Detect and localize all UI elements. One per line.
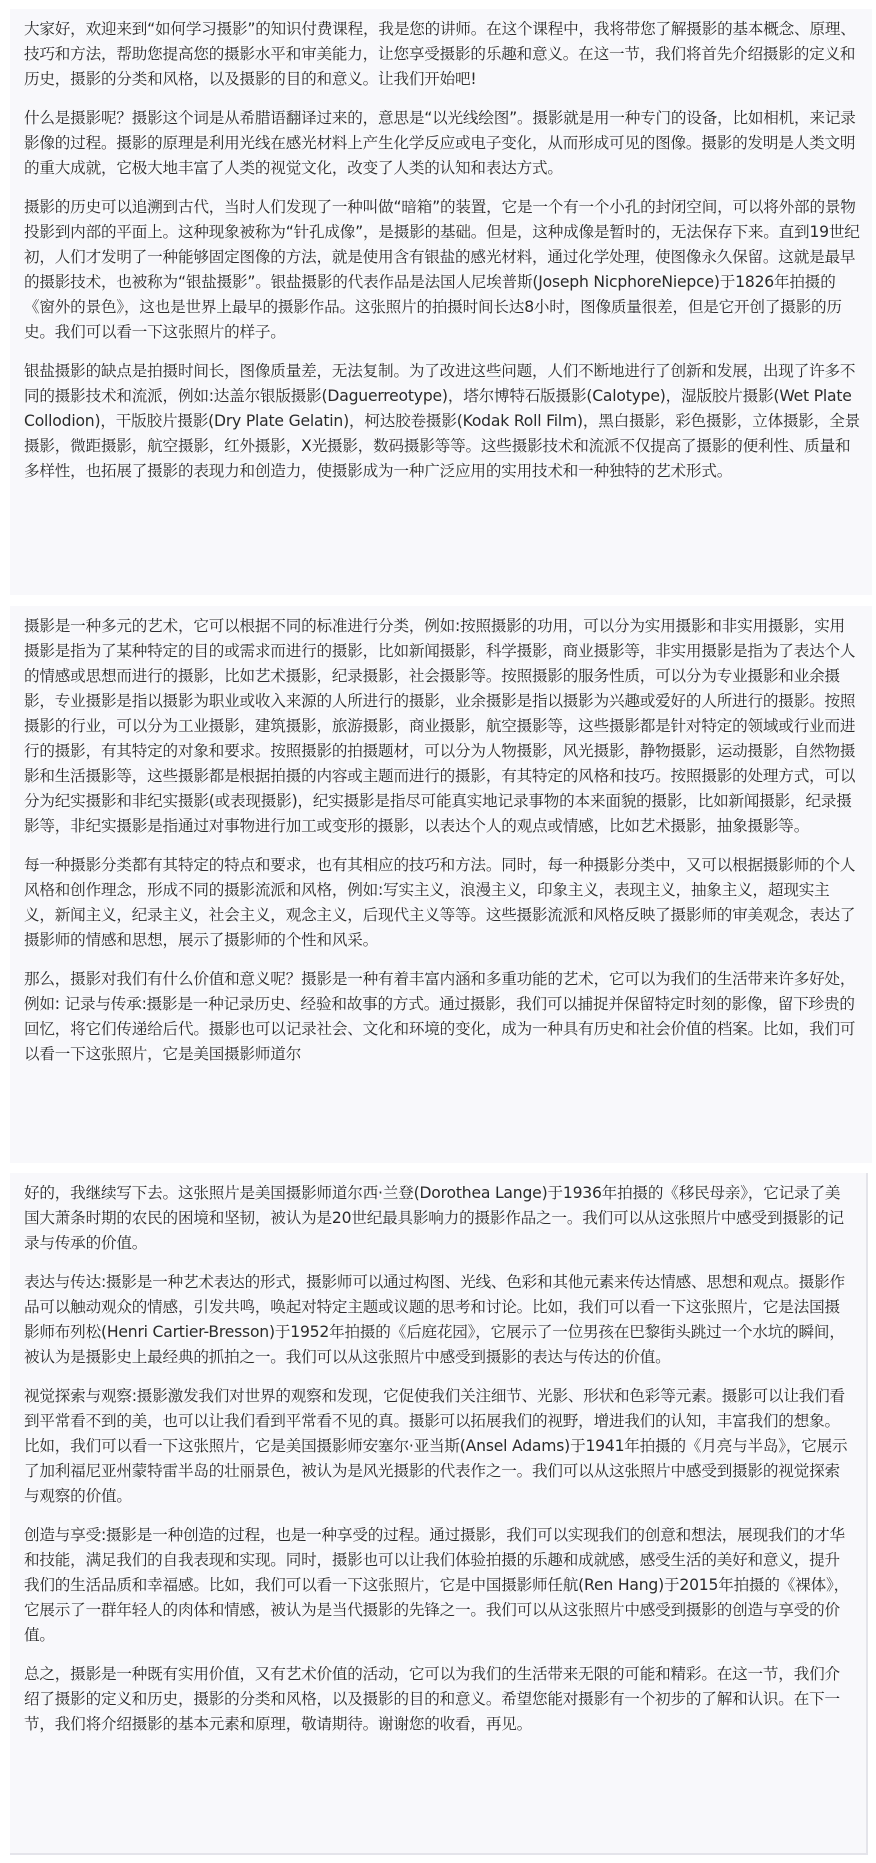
paragraph-creation-enjoyment: 创造与享受:摄影是一种创造的过程，也是一种享受的过程。通过摄影，我们可以实现我们… [24,1523,854,1648]
message-block-2: 摄影是一种多元的艺术，它可以根据不同的标准进行分类，例如:按照摄影的功用，可以分… [10,606,872,1163]
paragraph-classification: 摄影是一种多元的艺术，它可以根据不同的标准进行分类，例如:按照摄影的功用，可以分… [24,614,860,839]
paragraph-definition: 什么是摄影呢？摄影这个词是从希腊语翻译过来的，意思是“以光线绘图”。摄影就是用一… [24,106,860,181]
paragraph-value: 那么，摄影对我们有什么价值和意义呢？摄影是一种有着丰富内涵和多重功能的艺术，它可… [24,967,860,1067]
paragraph-history: 摄影的历史可以追溯到古代，当时人们发现了一种叫做“暗箱”的装置，它是一个有一个小… [24,195,860,345]
message-block-3: 好的，我继续写下去。这张照片是美国摄影师道尔西·兰登(Dorothea Lang… [10,1173,868,1855]
paragraph-schools: 每一种摄影分类都有其特定的特点和要求，也有其相应的技巧和方法。同时，每一种摄影分… [24,853,860,953]
paragraph-techniques: 银盐摄影的缺点是拍摄时间长，图像质量差，无法复制。为了改进这些问题，人们不断地进… [24,359,860,484]
paragraph-record-heritage: 好的，我继续写下去。这张照片是美国摄影师道尔西·兰登(Dorothea Lang… [24,1181,854,1256]
paragraph-intro: 大家好，欢迎来到“如何学习摄影”的知识付费课程，我是您的讲师。在这个课程中，我将… [24,17,860,92]
paragraph-conclusion: 总之，摄影是一种既有实用价值，又有艺术价值的活动，它可以为我们的生活带来无限的可… [24,1662,854,1737]
paragraph-visual-exploration: 视觉探索与观察:摄影激发我们对世界的观察和发现，它促使我们关注细节、光影、形状和… [24,1384,854,1509]
paragraph-expression: 表达与传达:摄影是一种艺术表达的形式，摄影师可以通过构图、光线、色彩和其他元素来… [24,1270,854,1370]
message-block-1: 大家好，欢迎来到“如何学习摄影”的知识付费课程，我是您的讲师。在这个课程中，我将… [10,9,872,595]
